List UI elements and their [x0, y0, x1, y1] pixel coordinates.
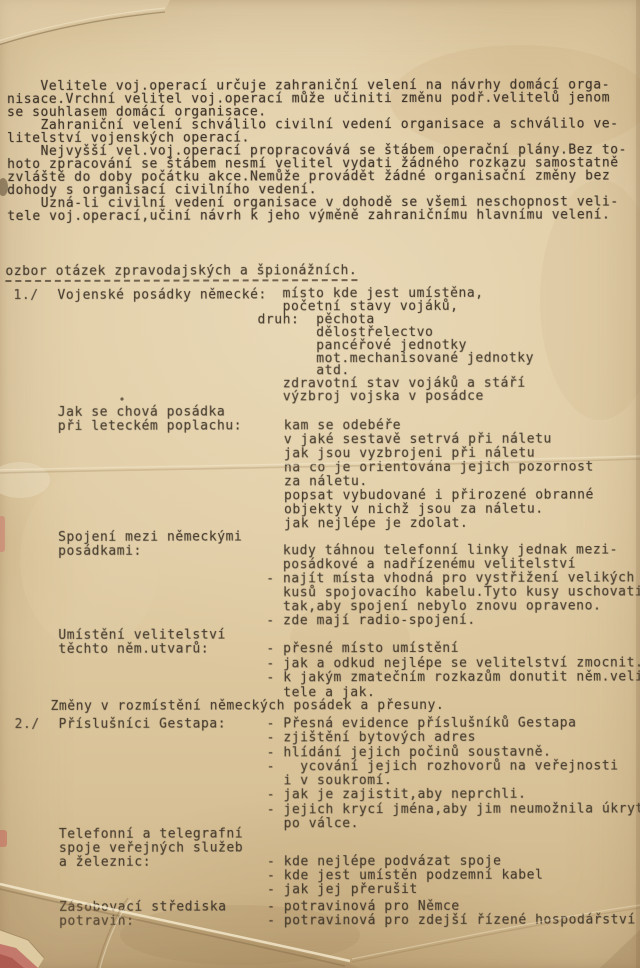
typewritten-text-layer: Velitele voj.operací určuje zahraniční v…: [0, 0, 640, 968]
scanned-document-page: Velitele voj.operací určuje zahraniční v…: [0, 0, 640, 968]
intro-paragraphs: Velitele voj.operací určuje zahraniční v…: [7, 78, 627, 223]
public-telecom-answers: - kde nejlépe podvázat spoje - kde jest …: [267, 855, 544, 898]
hq-location-label: Umístění velitelství těchto něm.utvarů:: [58, 628, 226, 656]
item-2-label: Příslušníci Gestapa:: [59, 717, 227, 731]
food-supply-label: Zásobovací střediska potravin:: [59, 900, 227, 928]
air-raid-conduct-label: Jak se chová posádka při leteckém poplac…: [58, 405, 242, 433]
item-2-answers: - Přesná evidence příslušníků Gestapa - …: [267, 716, 640, 831]
item-1-number: 1./: [13, 289, 38, 303]
garrison-changes-note: Změny v rozmístění německých posádek a p…: [51, 699, 445, 714]
food-supply-answers: - potravinová pro Němce - potravinová pr…: [267, 899, 636, 928]
garrison-liaison-answers: kudy táhnou telefonní linky jednak mezi-…: [266, 543, 640, 627]
item-1-answers: místo kde jest umístěna, početní stavy v…: [257, 288, 534, 405]
garrison-liaison-label: Spojení mezi německými posádkami:: [58, 530, 242, 558]
item-1-label: Vojenské posádky německé:: [57, 288, 266, 303]
item-2-number: 2./: [15, 718, 40, 732]
public-telecom-label: Telefonní a telegrafní spoje veřejných s…: [59, 827, 243, 870]
hq-location-answers: - přesné místo umístění - jak a odkud ne…: [266, 641, 640, 700]
section-heading: ozbor otázek zpravodajských a špionážníc…: [5, 264, 357, 282]
air-raid-conduct-answers: kam se odebéře v jaké sestavě setrvá při…: [284, 418, 594, 531]
